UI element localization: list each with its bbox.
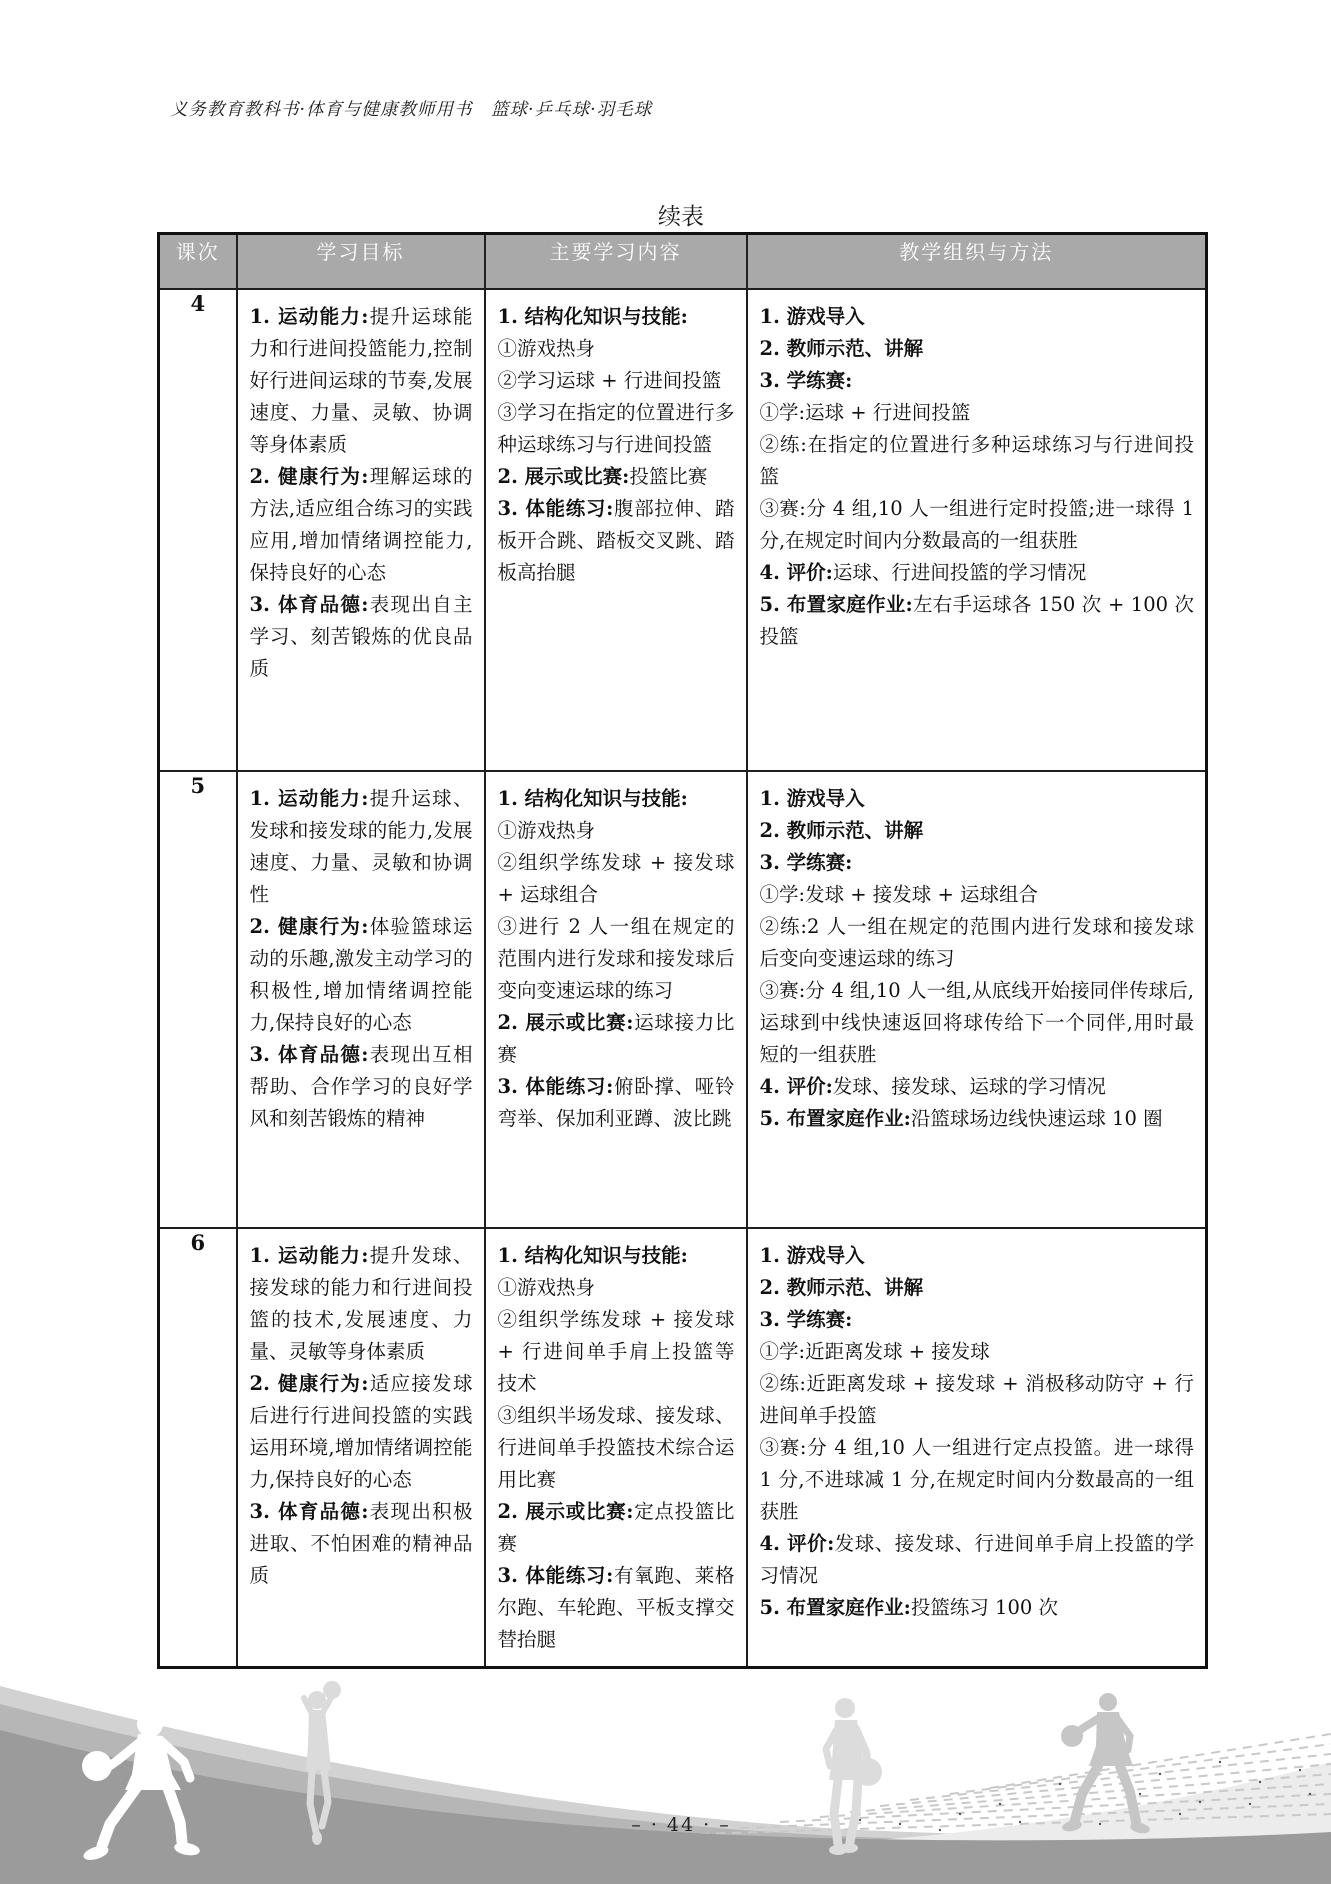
page-number: – · 44 · – <box>157 1814 1205 1836</box>
objectives-cell: 1. 运动能力:提升运球、发球和接发球的能力,发展速度、力量、灵敏和协调性2. … <box>237 771 485 1228</box>
column-header-methods: 教学组织与方法 <box>747 234 1207 289</box>
lesson-plan-table: 课次 学习目标 主要学习内容 教学组织与方法 4 1. 运动能力:提升运球能力和… <box>157 232 1208 1669</box>
column-header-content: 主要学习内容 <box>485 234 747 289</box>
methods-cell: 1. 游戏导入2. 教师示范、讲解3. 学练赛:①学:近距离发球 + 接发球②练… <box>747 1228 1207 1668</box>
footer-decoration <box>0 1674 1331 1884</box>
book-header: 义务教育教科书·体育与健康教师用书 篮球·乒乓球·羽毛球 <box>170 96 652 121</box>
table-header-row: 课次 学习目标 主要学习内容 教学组织与方法 <box>159 234 1207 289</box>
book-page: 义务教育教科书·体育与健康教师用书 篮球·乒乓球·羽毛球 续表 课次 学习目标 … <box>0 0 1331 1884</box>
lesson-number: 5 <box>159 771 237 1228</box>
content-cell: 1. 结构化知识与技能:①游戏热身②学习运球 + 行进间投篮③学习在指定的位置进… <box>485 289 747 771</box>
content-cell: 1. 结构化知识与技能:①游戏热身②组织学练发球 + 接发球 + 行进间单手肩上… <box>485 1228 747 1668</box>
content-cell: 1. 结构化知识与技能:①游戏热身②组织学练发球 + 接发球 + 运球组合③进行… <box>485 771 747 1228</box>
lesson-number: 6 <box>159 1228 237 1668</box>
column-header-lesson: 课次 <box>159 234 237 289</box>
table-caption: 续表 <box>157 198 1205 231</box>
column-header-objectives: 学习目标 <box>237 234 485 289</box>
methods-cell: 1. 游戏导入2. 教师示范、讲解3. 学练赛:①学:运球 + 行进间投篮②练:… <box>747 289 1207 771</box>
lesson-number: 4 <box>159 289 237 771</box>
table-row-lesson-5: 5 1. 运动能力:提升运球、发球和接发球的能力,发展速度、力量、灵敏和协调性2… <box>159 771 1207 1228</box>
objectives-cell: 1. 运动能力:提升运球能力和行进间投篮能力,控制好行进间运球的节奏,发展速度、… <box>237 289 485 771</box>
methods-cell: 1. 游戏导入2. 教师示范、讲解3. 学练赛:①学:发球 + 接发球 + 运球… <box>747 771 1207 1228</box>
objectives-cell: 1. 运动能力:提升发球、接发球的能力和行进间投篮的技术,发展速度、力量、灵敏等… <box>237 1228 485 1668</box>
table-row-lesson-4: 4 1. 运动能力:提升运球能力和行进间投篮能力,控制好行进间运球的节奏,发展速… <box>159 289 1207 771</box>
table-row-lesson-6: 6 1. 运动能力:提升发球、接发球的能力和行进间投篮的技术,发展速度、力量、灵… <box>159 1228 1207 1668</box>
